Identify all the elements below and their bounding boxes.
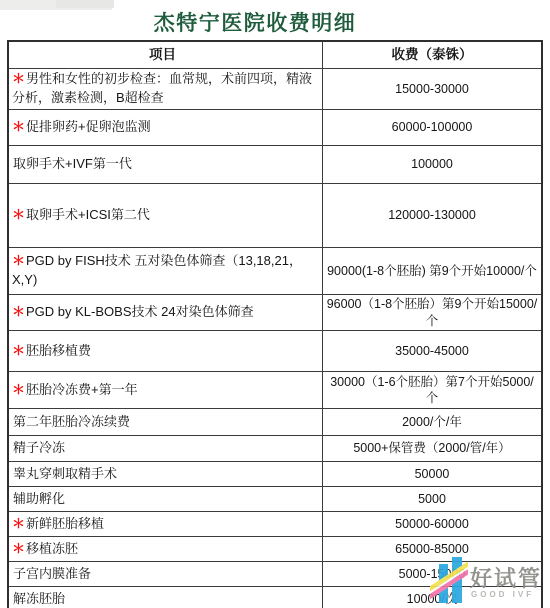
fee-cell: 60000-100000 xyxy=(323,110,541,145)
header-item: 项目 xyxy=(9,42,323,68)
required-asterisk: ＊ xyxy=(12,253,25,268)
item-cell: ＊PGD by FISH技术 五对染色体筛查（13,18,21，X,Y) xyxy=(9,248,323,294)
fee-cell: 120000-130000 xyxy=(323,184,541,247)
table-row: ＊新鲜胚胎移植 50000-60000 xyxy=(9,511,541,536)
required-asterisk: ＊ xyxy=(12,343,25,358)
fee-cell: 96000（1-8个胚胎）第9个开始15000/个 xyxy=(323,295,541,330)
item-label: 男性和女性的初步检查：血常规，术前四项，精液分析，激素检测，B超检查 xyxy=(12,71,312,105)
fee-detail-page: 杰特宁医院收费明细 项目 收费（泰铢） ＊男性和女性的初步检查：血常规，术前四项… xyxy=(0,0,550,608)
table-row: 子宫内膜准备 5000-15000 xyxy=(9,561,541,586)
item-cell: ＊胚胎移植费 xyxy=(9,331,323,371)
item-label: 子宫内膜准备 xyxy=(13,566,91,581)
table-row: 精子冷冻 5000+保管费（2000/管/年） xyxy=(9,435,541,461)
table-row: 取卵手术+IVF第一代 100000 xyxy=(9,145,541,183)
item-cell: 精子冷冻 xyxy=(9,436,323,461)
required-asterisk: ＊ xyxy=(12,207,25,222)
fee-cell: 50000-60000 xyxy=(323,512,541,536)
item-label: 精子冷冻 xyxy=(13,440,65,455)
item-cell: ＊促排卵药+促卵泡监测 xyxy=(9,110,323,145)
item-label: 第二年胚胎冷冻续费 xyxy=(13,414,130,429)
fee-cell: 50000 xyxy=(323,462,541,486)
table-row: ＊取卵手术+ICSI第二代 120000-130000 xyxy=(9,183,541,247)
item-cell: 第二年胚胎冷冻续费 xyxy=(9,409,323,435)
fee-cell: 35000-45000 xyxy=(323,331,541,371)
item-label: PGD by KL-BOBS技术 24对染色体筛查 xyxy=(26,304,254,319)
table-header-row: 项目 收费（泰铢） xyxy=(9,42,541,68)
fee-cell: 10000/次 xyxy=(323,587,541,608)
item-cell: ＊男性和女性的初步检查：血常规，术前四项，精液分析，激素检测，B超检查 xyxy=(9,69,323,109)
required-asterisk: ＊ xyxy=(12,382,25,397)
table-row: ＊胚胎冷冻费+第一年 30000（1-6个胚胎）第7个开始5000/个 xyxy=(9,371,541,408)
table-row: ＊PGD by KL-BOBS技术 24对染色体筛查 96000（1-8个胚胎）… xyxy=(9,294,541,330)
item-cell: 取卵手术+IVF第一代 xyxy=(9,146,323,183)
required-asterisk: ＊ xyxy=(12,119,25,134)
item-label: 胚胎冷冻费+第一年 xyxy=(26,382,138,397)
item-label: 促排卵药+促卵泡监测 xyxy=(26,119,151,134)
item-cell: 子宫内膜准备 xyxy=(9,562,323,586)
table-row: ＊移植冻胚 65000-85000 xyxy=(9,536,541,561)
required-asterisk: ＊ xyxy=(12,71,25,86)
required-asterisk: ＊ xyxy=(12,541,25,556)
item-label: 辅助孵化 xyxy=(13,491,65,506)
fee-cell: 100000 xyxy=(323,146,541,183)
item-label: 取卵手术+IVF第一代 xyxy=(13,156,132,171)
item-cell: ＊PGD by KL-BOBS技术 24对染色体筛查 xyxy=(9,295,323,330)
item-cell: ＊取卵手术+ICSI第二代 xyxy=(9,184,323,247)
table-row: ＊胚胎移植费 35000-45000 xyxy=(9,330,541,371)
item-label: 取卵手术+ICSI第二代 xyxy=(26,207,150,222)
table-row: ＊男性和女性的初步检查：血常规，术前四项，精液分析，激素检测，B超检查 1500… xyxy=(9,68,541,109)
item-cell: 睾丸穿刺取精手术 xyxy=(9,462,323,486)
item-label: 新鲜胚胎移植 xyxy=(26,516,104,531)
table-row: 解冻胚胎 10000/次 xyxy=(9,586,541,608)
fee-cell: 5000+保管费（2000/管/年） xyxy=(323,436,541,461)
fee-cell: 30000（1-6个胚胎）第7个开始5000/个 xyxy=(323,372,541,408)
item-label: 胚胎移植费 xyxy=(26,343,91,358)
fee-cell: 65000-85000 xyxy=(323,537,541,561)
table-row: ＊PGD by FISH技术 五对染色体筛查（13,18,21，X,Y) 900… xyxy=(9,247,541,294)
table-row: 辅助孵化 5000 xyxy=(9,486,541,511)
item-label: 解冻胚胎 xyxy=(13,591,65,606)
item-cell: ＊新鲜胚胎移植 xyxy=(9,512,323,536)
fee-table: 项目 收费（泰铢） ＊男性和女性的初步检查：血常规，术前四项，精液分析，激素检测… xyxy=(7,40,543,608)
table-row: 第二年胚胎冷冻续费 2000/个/年 xyxy=(9,408,541,435)
item-label: 移植冻胚 xyxy=(26,541,78,556)
table-row: ＊促排卵药+促卵泡监测 60000-100000 xyxy=(9,109,541,145)
fee-cell: 15000-30000 xyxy=(323,69,541,109)
header-fee: 收费（泰铢） xyxy=(323,42,541,68)
fee-cell: 5000-15000 xyxy=(323,562,541,586)
item-cell: 辅助孵化 xyxy=(9,487,323,511)
table-row: 睾丸穿刺取精手术 50000 xyxy=(9,461,541,486)
fee-cell: 2000/个/年 xyxy=(323,409,541,435)
page-title: 杰特宁医院收费明细 xyxy=(0,7,530,37)
item-cell: 解冻胚胎 xyxy=(9,587,323,608)
item-cell: ＊胚胎冷冻费+第一年 xyxy=(9,372,323,408)
item-label: 睾丸穿刺取精手术 xyxy=(13,466,117,481)
fee-cell: 90000(1-8个胚胎) 第9个开始10000/个 xyxy=(323,248,541,294)
item-label: PGD by FISH技术 五对染色体筛查（13,18,21，X,Y) xyxy=(12,253,302,287)
item-cell: ＊移植冻胚 xyxy=(9,537,323,561)
fee-cell: 5000 xyxy=(323,487,541,511)
required-asterisk: ＊ xyxy=(12,516,25,531)
required-asterisk: ＊ xyxy=(12,304,25,319)
